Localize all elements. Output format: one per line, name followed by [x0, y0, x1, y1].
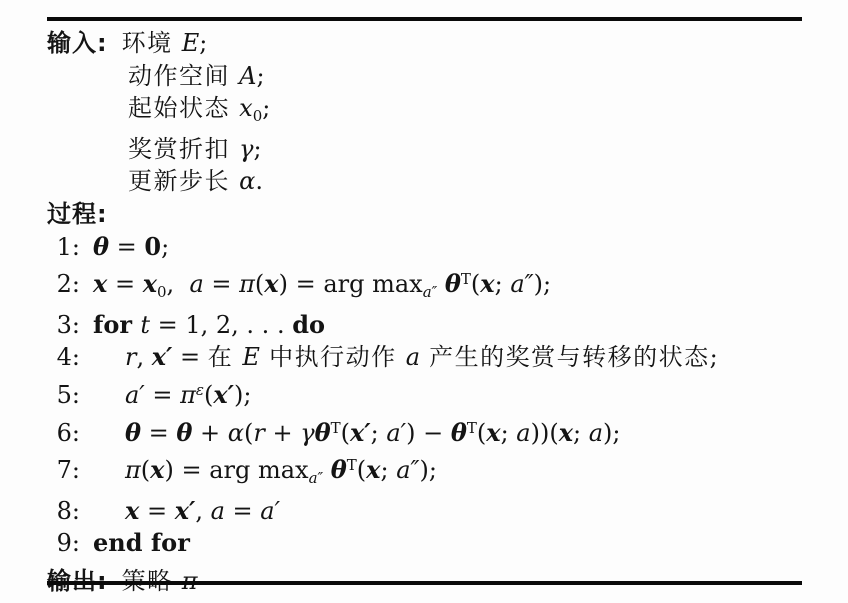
- step-4: 4:r, x′ = 在 E 中执行动作 a 产生的奖赏与转移的状态;: [47, 341, 838, 374]
- step-number: 7:: [47, 454, 80, 487]
- algorithm-box: 输入:环境 E; 动作空间 A; 起始状态 x0; 奖赏折扣 γ; 更新步长 α…: [0, 0, 848, 603]
- step-7: 7:π(x) = arg maxa″ θT(x; a″);: [47, 449, 838, 495]
- step-number: 4:: [47, 341, 80, 374]
- process-line: 过程:: [47, 198, 838, 231]
- top-rule: [47, 17, 802, 21]
- input-line-initial-state: 起始状态 x0;: [47, 92, 838, 133]
- input-value-update-step-size: 更新步长 α.: [128, 167, 263, 195]
- step-body: a′ = πε(x′);: [93, 381, 251, 409]
- step-body: π(x) = arg maxa″ θT(x; a″);: [93, 456, 437, 484]
- process-keyword: 过程:: [47, 200, 108, 228]
- step-body: r, x′ = 在 E 中执行动作 a 产生的奖赏与转移的状态;: [93, 343, 719, 371]
- step-number: 6:: [47, 417, 80, 450]
- step-body: x = x0, a = π(x) = arg maxa″ θT(x; a″);: [93, 270, 551, 298]
- step-2: 2:x = x0, a = π(x) = arg maxa″ θT(x; a″)…: [47, 263, 838, 309]
- step-body: x = x′, a = a′: [93, 497, 280, 525]
- input-keyword: 输入:: [47, 29, 108, 57]
- step-body: for t = 1, 2, . . . do: [93, 311, 325, 339]
- input-value-action-space: 动作空间 A;: [128, 62, 265, 90]
- step-number: 3:: [47, 309, 80, 342]
- step-number: 9:: [47, 527, 80, 560]
- step-6: 6:θ = θ + α(r + γθT(x′; a′) − θT(x; a))(…: [47, 412, 838, 450]
- step-3: 3:for t = 1, 2, . . . do: [47, 309, 838, 342]
- algorithm-content: 输入:环境 E; 动作空间 A; 起始状态 x0; 奖赏折扣 γ; 更新步长 α…: [47, 27, 838, 598]
- input-value-reward-discount: 奖赏折扣 γ;: [128, 135, 262, 163]
- step-8: 8:x = x′, a = a′: [47, 495, 838, 528]
- step-body: θ = 0;: [93, 233, 169, 261]
- step-5: 5:a′ = πε(x′);: [47, 374, 838, 412]
- step-number: 1:: [47, 231, 80, 264]
- step-9: 9:end for: [47, 527, 838, 560]
- input-line-action-space: 动作空间 A;: [47, 60, 838, 93]
- input-value-initial-state: 起始状态 x0;: [128, 94, 270, 122]
- step-number: 5:: [47, 379, 80, 412]
- input-line-reward-discount: 奖赏折扣 γ;: [47, 133, 838, 166]
- bottom-rule: [47, 581, 802, 585]
- input-line-environment: 输入:环境 E;: [47, 27, 838, 60]
- step-1: 1:θ = 0;: [47, 231, 838, 264]
- step-number: 2:: [47, 268, 80, 301]
- step-body: θ = θ + α(r + γθT(x′; a′) − θT(x; a))(x;…: [93, 419, 620, 447]
- step-body: end for: [93, 529, 190, 557]
- step-number: 8:: [47, 495, 80, 528]
- input-value-environment: 环境 E;: [122, 29, 208, 57]
- input-line-update-step-size: 更新步长 α.: [47, 165, 838, 198]
